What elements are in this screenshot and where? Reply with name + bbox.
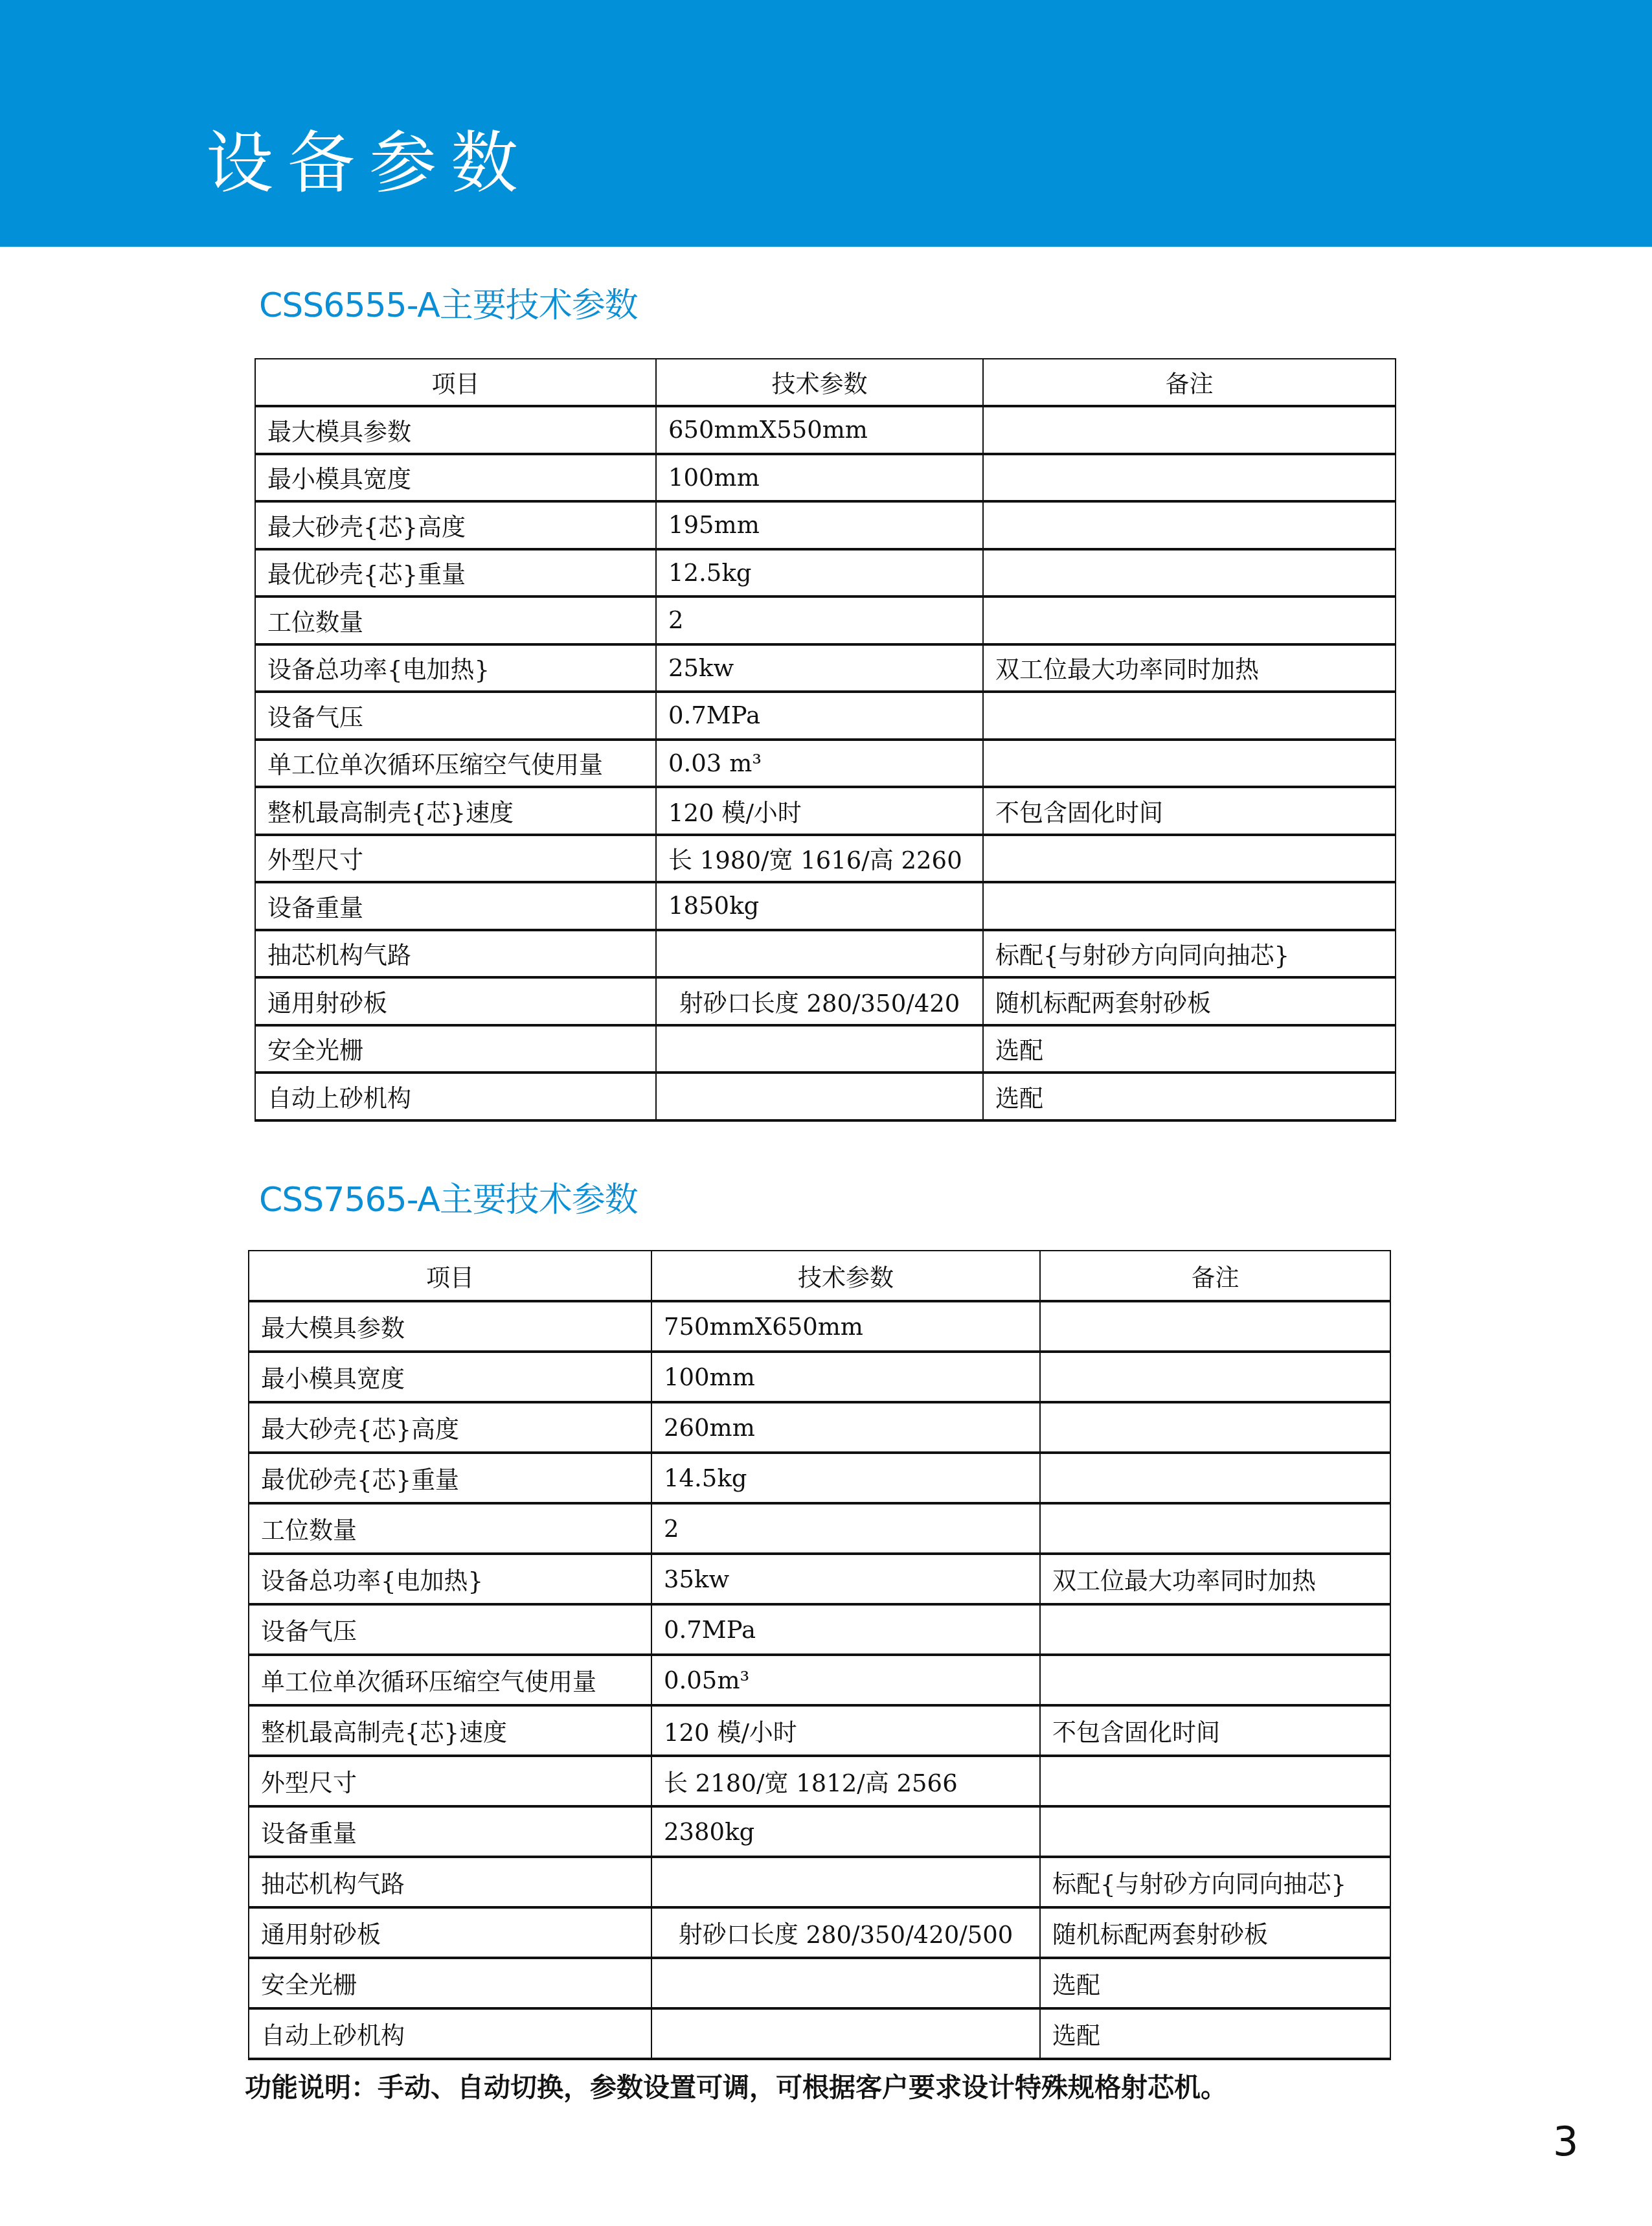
cell-item: 通用射砂板 [255,977,656,1025]
cell-value [656,1025,983,1073]
table-row: 设备重量1850kg [255,882,1396,930]
cell-value: 195mm [656,501,983,549]
table-row: 最大模具参数650mmX550mm [255,406,1396,454]
cell-item: 外型尺寸 [249,1756,651,1806]
cell-note: 选配 [1040,1958,1390,2008]
cell-item: 设备总功率{电加热} [255,644,656,692]
cell-note: 双工位最大功率同时加热 [1040,1554,1390,1604]
table-row: 通用射砂板射砂口长度 280/350/420随机标配两套射砂板 [255,977,1396,1025]
cell-item: 最大模具参数 [255,406,656,454]
cell-value: 260mm [651,1402,1040,1453]
page-title: 设备参数 [206,130,532,197]
cell-note: 选配 [1040,2008,1390,2059]
cell-note [1040,1352,1390,1402]
table-row: 工位数量2 [255,596,1396,644]
cell-note [983,549,1396,597]
table-row: 设备气压0.7MPa [255,692,1396,740]
header-band: 设备参数 [0,0,1652,247]
cell-value [656,1073,983,1120]
cell-item: 工位数量 [249,1503,651,1554]
cell-item: 整机最高制壳{芯}速度 [255,787,656,835]
cell-value: 750mmX650mm [651,1301,1040,1352]
table-row: 最优砂壳{芯}重量14.5kg [249,1453,1390,1503]
cell-item: 最大砂壳{芯}高度 [249,1402,651,1453]
table-header-row: 项目 技术参数 备注 [255,359,1396,406]
table-row: 最大砂壳{芯}高度195mm [255,501,1396,549]
cell-value: 120 模/小时 [651,1705,1040,1756]
column-header-note: 备注 [1040,1251,1390,1301]
cell-note: 随机标配两套射砂板 [983,977,1396,1025]
table-row: 抽芯机构气路标配{与射砂方向同向抽芯} [255,930,1396,978]
table-row: 设备重量2380kg [249,1806,1390,1857]
spec-table-css7565: 项目 技术参数 备注 最大模具参数750mmX650mm最小模具宽度100mm最… [248,1250,1391,2060]
function-description: 功能说明：手动、自动切换，参数设置可调，可根据客户要求设计特殊规格射芯机。 [245,2074,1227,2101]
cell-value: 射砂口长度 280/350/420 [656,977,983,1025]
cell-value: 100mm [656,454,983,502]
cell-value: 1850kg [656,882,983,930]
cell-note: 双工位最大功率同时加热 [983,644,1396,692]
table-row: 最大砂壳{芯}高度260mm [249,1402,1390,1453]
cell-value: 14.5kg [651,1453,1040,1503]
cell-item: 工位数量 [255,596,656,644]
table-row: 外型尺寸长 1980/宽 1616/高 2260 [255,835,1396,883]
cell-note [1040,1655,1390,1705]
table-row: 最优砂壳{芯}重量12.5kg [255,549,1396,597]
cell-value: 100mm [651,1352,1040,1402]
cell-value: 长 1980/宽 1616/高 2260 [656,835,983,883]
table-row: 最大模具参数750mmX650mm [249,1301,1390,1352]
cell-note [983,596,1396,644]
cell-item: 最优砂壳{芯}重量 [255,549,656,597]
cell-item: 设备重量 [255,882,656,930]
cell-note [1040,1301,1390,1352]
cell-item: 最小模具宽度 [249,1352,651,1402]
cell-note [1040,1453,1390,1503]
cell-value: 射砂口长度 280/350/420/500 [651,1907,1040,1958]
cell-value: 120 模/小时 [656,787,983,835]
cell-item: 自动上砂机构 [255,1073,656,1120]
cell-note: 随机标配两套射砂板 [1040,1907,1390,1958]
table-row: 抽芯机构气路标配{与射砂方向同向抽芯} [249,1857,1390,1907]
column-header-item: 项目 [249,1251,651,1301]
table-row: 单工位单次循环压缩空气使用量0.03 m³ [255,740,1396,788]
table-row: 整机最高制壳{芯}速度120 模/小时不包含固化时间 [249,1705,1390,1756]
cell-note [983,406,1396,454]
cell-note: 选配 [983,1025,1396,1073]
cell-item: 外型尺寸 [255,835,656,883]
cell-value: 650mmX550mm [656,406,983,454]
table-row: 安全光栅选配 [255,1025,1396,1073]
cell-note [983,454,1396,502]
cell-note [983,501,1396,549]
cell-note [983,882,1396,930]
cell-note [1040,1503,1390,1554]
cell-note: 不包含固化时间 [1040,1705,1390,1756]
cell-value: 2 [651,1503,1040,1554]
table-row: 单工位单次循环压缩空气使用量0.05m³ [249,1655,1390,1705]
column-header-item: 项目 [255,359,656,406]
cell-note [983,692,1396,740]
cell-item: 抽芯机构气路 [249,1857,651,1907]
table-row: 自动上砂机构选配 [249,2008,1390,2059]
cell-item: 设备气压 [255,692,656,740]
cell-item: 设备总功率{电加热} [249,1554,651,1604]
cell-item: 通用射砂板 [249,1907,651,1958]
table-2-title: CSS7565-A主要技术参数 [259,1183,638,1217]
cell-item: 设备气压 [249,1604,651,1655]
cell-note [1040,1604,1390,1655]
cell-item: 最大模具参数 [249,1301,651,1352]
column-header-value: 技术参数 [656,359,983,406]
cell-value: 长 2180/宽 1812/高 2566 [651,1756,1040,1806]
cell-note [983,835,1396,883]
cell-value: 0.03 m³ [656,740,983,788]
cell-value: 0.05m³ [651,1655,1040,1705]
cell-item: 抽芯机构气路 [255,930,656,978]
table-row: 最小模具宽度100mm [249,1352,1390,1402]
cell-item: 最大砂壳{芯}高度 [255,501,656,549]
cell-note: 不包含固化时间 [983,787,1396,835]
cell-value: 25kw [656,644,983,692]
cell-note [1040,1806,1390,1857]
cell-item: 安全光栅 [255,1025,656,1073]
cell-value: 35kw [651,1554,1040,1604]
column-header-value: 技术参数 [651,1251,1040,1301]
table-row: 设备总功率{电加热}35kw双工位最大功率同时加热 [249,1554,1390,1604]
cell-note: 标配{与射砂方向同向抽芯} [1040,1857,1390,1907]
cell-value: 2380kg [651,1806,1040,1857]
cell-note: 选配 [983,1073,1396,1120]
cell-item: 单工位单次循环压缩空气使用量 [249,1655,651,1705]
cell-note [1040,1402,1390,1453]
cell-value [651,1857,1040,1907]
table-row: 通用射砂板射砂口长度 280/350/420/500随机标配两套射砂板 [249,1907,1390,1958]
cell-value: 0.7MPa [656,692,983,740]
cell-item: 最优砂壳{芯}重量 [249,1453,651,1503]
spec-table-css6555: 项目 技术参数 备注 最大模具参数650mmX550mm最小模具宽度100mm最… [255,358,1396,1122]
table-row: 最小模具宽度100mm [255,454,1396,502]
cell-item: 安全光栅 [249,1958,651,2008]
table-row: 工位数量2 [249,1503,1390,1554]
cell-value: 0.7MPa [651,1604,1040,1655]
cell-item: 最小模具宽度 [255,454,656,502]
table-1-title: CSS6555-A主要技术参数 [259,289,638,323]
cell-note [983,740,1396,788]
cell-value: 2 [656,596,983,644]
table-row: 设备气压0.7MPa [249,1604,1390,1655]
table-header-row: 项目 技术参数 备注 [249,1251,1390,1301]
cell-value [651,1958,1040,2008]
cell-note [1040,1756,1390,1806]
cell-note: 标配{与射砂方向同向抽芯} [983,930,1396,978]
cell-value: 12.5kg [656,549,983,597]
cell-item: 整机最高制壳{芯}速度 [249,1705,651,1756]
table-row: 自动上砂机构选配 [255,1073,1396,1120]
column-header-note: 备注 [983,359,1396,406]
cell-item: 自动上砂机构 [249,2008,651,2059]
cell-item: 单工位单次循环压缩空气使用量 [255,740,656,788]
cell-value [656,930,983,978]
table-row: 设备总功率{电加热}25kw双工位最大功率同时加热 [255,644,1396,692]
table-row: 安全光栅选配 [249,1958,1390,2008]
table-row: 外型尺寸长 2180/宽 1812/高 2566 [249,1756,1390,1806]
table-row: 整机最高制壳{芯}速度120 模/小时不包含固化时间 [255,787,1396,835]
cell-item: 设备重量 [249,1806,651,1857]
page-number: 3 [1553,2122,1578,2162]
cell-value [651,2008,1040,2059]
